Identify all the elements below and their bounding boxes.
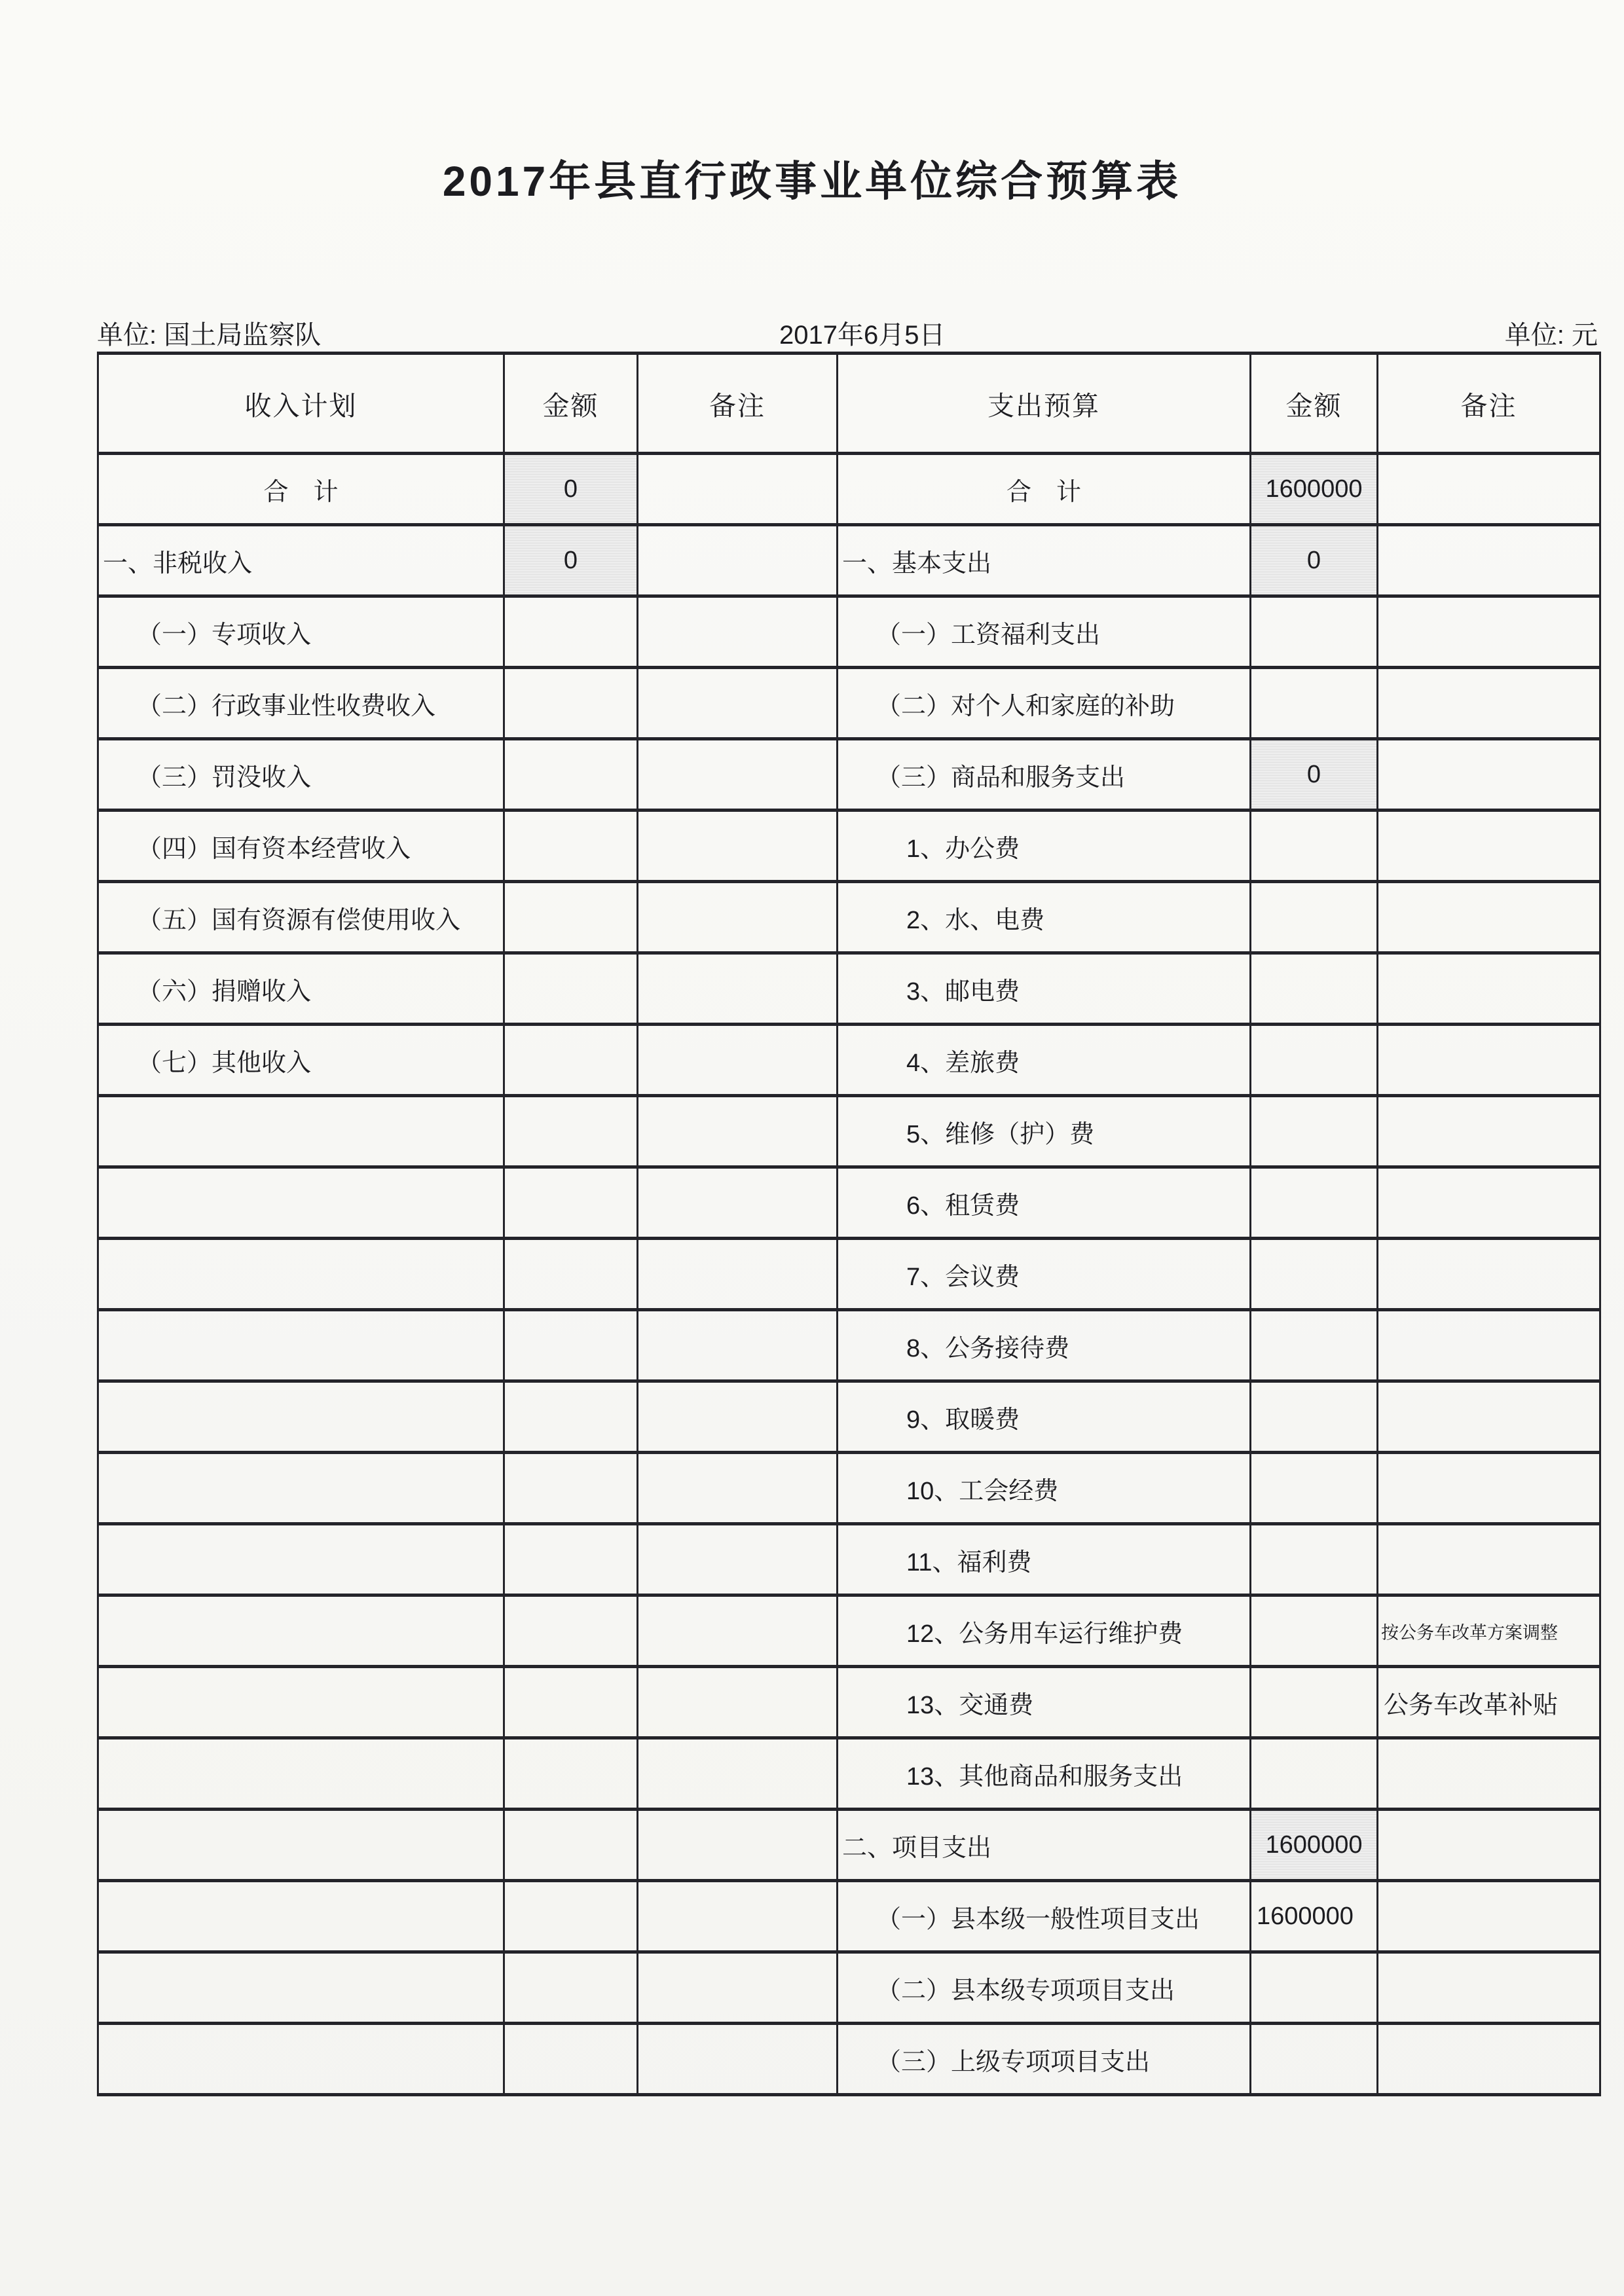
- income-note-cell: [638, 596, 838, 668]
- table-row: 8、公务接待费: [98, 1310, 1600, 1381]
- income-note-cell: [638, 1239, 838, 1310]
- income-amount-cell: [504, 668, 638, 739]
- income-amount-cell: [504, 953, 638, 1025]
- expense-amount-cell: [1251, 1952, 1378, 2024]
- expense-amount-cell: 1600000: [1251, 454, 1378, 525]
- expense-amount-cell: [1251, 1381, 1378, 1453]
- expense-amount-cell: [1251, 596, 1378, 668]
- income-amount-cell: [504, 1025, 638, 1096]
- expense-note-cell: [1378, 525, 1600, 596]
- expense-label-cell: （三）商品和服务支出: [838, 739, 1251, 811]
- expense-note-cell: [1378, 454, 1600, 525]
- income-label-cell: [98, 1667, 504, 1738]
- expense-amount-cell: 1600000: [1251, 1810, 1378, 1881]
- income-amount-cell: [504, 739, 638, 811]
- expense-label-cell: 8、公务接待费: [838, 1310, 1251, 1381]
- table-row: （七）其他收入4、差旅费: [98, 1025, 1600, 1096]
- expense-note-cell: [1378, 1952, 1600, 2024]
- table-row: （三）上级专项项目支出: [98, 2024, 1600, 2095]
- expense-note-cell: [1378, 1310, 1600, 1381]
- expense-note-cell: 按公务车改革方案调整: [1378, 1595, 1600, 1667]
- table-row: 9、取暖费: [98, 1381, 1600, 1453]
- income-note-cell: [638, 1096, 838, 1167]
- expense-label-cell: 13、其他商品和服务支出: [838, 1738, 1251, 1810]
- table-row: 13、交通费公务车改革补贴: [98, 1667, 1600, 1738]
- expense-amount-cell: [1251, 1025, 1378, 1096]
- unit-label: 单位: 国土局监察队: [97, 314, 321, 352]
- expense-amount-cell: 1600000: [1251, 1881, 1378, 1952]
- table-row: （三）罚没收入（三）商品和服务支出0: [98, 739, 1600, 811]
- income-label-cell: （三）罚没收入: [98, 739, 504, 811]
- income-amount-cell: [504, 1167, 638, 1239]
- col-header-income-plan: 收入计划: [98, 354, 504, 454]
- expense-note-cell: [1378, 1167, 1600, 1239]
- table-row: （二）行政事业性收费收入（二）对个人和家庭的补助: [98, 668, 1600, 739]
- income-amount-cell: [504, 1239, 638, 1310]
- expense-label-cell: 一、基本支出: [838, 525, 1251, 596]
- income-label-cell: [98, 2024, 504, 2095]
- income-label-cell: [98, 1810, 504, 1881]
- expense-label-cell: 5、维修（护）费: [838, 1096, 1251, 1167]
- table-row: 7、会议费: [98, 1239, 1600, 1310]
- income-note-cell: [638, 739, 838, 811]
- scanned-page: 2017年县直行政事业单位综合预算表 单位: 国土局监察队 2017年6月5日 …: [0, 0, 1624, 2296]
- income-label-cell: [98, 1738, 504, 1810]
- table-row: 一、非税收入0一、基本支出0: [98, 525, 1600, 596]
- expense-label-cell: 7、会议费: [838, 1239, 1251, 1310]
- expense-label-cell: 合 计: [838, 454, 1251, 525]
- table-row: （五）国有资源有偿使用收入2、水、电费: [98, 882, 1600, 953]
- col-header-expense-budget: 支出预算: [838, 354, 1251, 454]
- income-amount-cell: [504, 1595, 638, 1667]
- income-amount-cell: [504, 1667, 638, 1738]
- expense-amount-cell: [1251, 1595, 1378, 1667]
- income-amount-cell: 0: [504, 454, 638, 525]
- income-note-cell: [638, 811, 838, 882]
- col-header-income-amount: 金额: [504, 354, 638, 454]
- income-amount-cell: [504, 1310, 638, 1381]
- income-note-cell: [638, 1453, 838, 1524]
- income-amount-cell: [504, 882, 638, 953]
- expense-note-cell: [1378, 1881, 1600, 1952]
- income-note-cell: [638, 1952, 838, 2024]
- income-amount-cell: [504, 811, 638, 882]
- income-amount-cell: [504, 1381, 638, 1453]
- income-label-cell: [98, 1595, 504, 1667]
- col-header-income-note: 备注: [638, 354, 838, 454]
- income-label-cell: [98, 1167, 504, 1239]
- expense-amount-cell: [1251, 1239, 1378, 1310]
- income-note-cell: [638, 1667, 838, 1738]
- income-label-cell: [98, 1381, 504, 1453]
- income-note-cell: [638, 1025, 838, 1096]
- expense-note-cell: [1378, 1524, 1600, 1595]
- income-amount-cell: [504, 1524, 638, 1595]
- expense-label-cell: （三）上级专项项目支出: [838, 2024, 1251, 2095]
- income-label-cell: [98, 1952, 504, 2024]
- income-label-cell: [98, 1881, 504, 1952]
- page-title: 2017年县直行政事业单位综合预算表: [0, 148, 1624, 208]
- expense-note-cell: [1378, 1025, 1600, 1096]
- expense-amount-cell: [1251, 811, 1378, 882]
- expense-note-cell: [1378, 1453, 1600, 1524]
- expense-note-cell: [1378, 739, 1600, 811]
- income-amount-cell: [504, 1952, 638, 2024]
- expense-amount-cell: [1251, 2024, 1378, 2095]
- table-row: 10、工会经费: [98, 1453, 1600, 1524]
- income-label-cell: （七）其他收入: [98, 1025, 504, 1096]
- table-row: 5、维修（护）费: [98, 1096, 1600, 1167]
- table-row: 合 计0合 计1600000: [98, 454, 1600, 525]
- income-label-cell: [98, 1096, 504, 1167]
- expense-label-cell: （一）工资福利支出: [838, 596, 1251, 668]
- expense-amount-cell: 0: [1251, 739, 1378, 811]
- income-note-cell: [638, 454, 838, 525]
- income-amount-cell: [504, 1738, 638, 1810]
- expense-amount-cell: [1251, 1453, 1378, 1524]
- expense-amount-cell: [1251, 1096, 1378, 1167]
- expense-note-cell: [1378, 953, 1600, 1025]
- income-note-cell: [638, 1881, 838, 1952]
- income-label-cell: （五）国有资源有偿使用收入: [98, 882, 504, 953]
- date-label: 2017年6月5日: [779, 314, 945, 352]
- expense-label-cell: 12、公务用车运行维护费: [838, 1595, 1251, 1667]
- expense-label-cell: 3、邮电费: [838, 953, 1251, 1025]
- income-label-cell: [98, 1310, 504, 1381]
- table-header-row: 收入计划 金额 备注 支出预算 金额 备注: [98, 354, 1600, 454]
- income-note-cell: [638, 953, 838, 1025]
- income-note-cell: [638, 2024, 838, 2095]
- expense-amount-cell: [1251, 1167, 1378, 1239]
- income-note-cell: [638, 1524, 838, 1595]
- table-row: 12、公务用车运行维护费按公务车改革方案调整: [98, 1595, 1600, 1667]
- table-row: （四）国有资本经营收入1、办公费: [98, 811, 1600, 882]
- expense-label-cell: （二）县本级专项项目支出: [838, 1952, 1251, 2024]
- income-note-cell: [638, 1595, 838, 1667]
- table-row: （六）捐赠收入3、邮电费: [98, 953, 1600, 1025]
- expense-label-cell: （二）对个人和家庭的补助: [838, 668, 1251, 739]
- expense-note-cell: [1378, 1738, 1600, 1810]
- expense-note-cell: [1378, 882, 1600, 953]
- expense-label-cell: 1、办公费: [838, 811, 1251, 882]
- col-header-expense-note: 备注: [1378, 354, 1600, 454]
- expense-amount-cell: [1251, 1667, 1378, 1738]
- expense-note-cell: [1378, 668, 1600, 739]
- income-amount-cell: 0: [504, 525, 638, 596]
- income-note-cell: [638, 525, 838, 596]
- expense-note-cell: [1378, 596, 1600, 668]
- income-note-cell: [638, 1310, 838, 1381]
- expense-amount-cell: 0: [1251, 525, 1378, 596]
- table-row: 13、其他商品和服务支出: [98, 1738, 1600, 1810]
- income-label-cell: [98, 1453, 504, 1524]
- col-header-expense-amount: 金额: [1251, 354, 1378, 454]
- expense-label-cell: （一）县本级一般性项目支出: [838, 1881, 1251, 1952]
- expense-note-cell: [1378, 1096, 1600, 1167]
- meta-row: 单位: 国土局监察队 2017年6月5日 单位: 元: [0, 314, 1624, 347]
- income-amount-cell: [504, 1453, 638, 1524]
- expense-note-cell: [1378, 1381, 1600, 1453]
- expense-note-cell: [1378, 2024, 1600, 2095]
- table-row: （一）专项收入（一）工资福利支出: [98, 596, 1600, 668]
- expense-label-cell: 9、取暖费: [838, 1381, 1251, 1453]
- expense-note-cell: [1378, 1810, 1600, 1881]
- expense-amount-cell: [1251, 882, 1378, 953]
- expense-amount-cell: [1251, 1310, 1378, 1381]
- income-note-cell: [638, 882, 838, 953]
- income-note-cell: [638, 1381, 838, 1453]
- table-row: （一）县本级一般性项目支出1600000: [98, 1881, 1600, 1952]
- expense-label-cell: 4、差旅费: [838, 1025, 1251, 1096]
- expense-label-cell: 10、工会经费: [838, 1453, 1251, 1524]
- income-label-cell: [98, 1239, 504, 1310]
- income-label-cell: 合 计: [98, 454, 504, 525]
- income-note-cell: [638, 1810, 838, 1881]
- income-note-cell: [638, 1167, 838, 1239]
- table-row: 二、项目支出1600000: [98, 1810, 1600, 1881]
- income-amount-cell: [504, 596, 638, 668]
- expense-amount-cell: [1251, 668, 1378, 739]
- expense-label-cell: 11、福利费: [838, 1524, 1251, 1595]
- income-label-cell: 一、非税收入: [98, 525, 504, 596]
- income-amount-cell: [504, 2024, 638, 2095]
- income-label-cell: [98, 1524, 504, 1595]
- budget-table-body: 合 计0合 计1600000一、非税收入0一、基本支出0（一）专项收入（一）工资…: [98, 454, 1600, 2095]
- expense-label-cell: 二、项目支出: [838, 1810, 1251, 1881]
- income-amount-cell: [504, 1096, 638, 1167]
- income-label-cell: （二）行政事业性收费收入: [98, 668, 504, 739]
- income-amount-cell: [504, 1881, 638, 1952]
- expense-note-cell: [1378, 1239, 1600, 1310]
- income-label-cell: （一）专项收入: [98, 596, 504, 668]
- expense-label-cell: 6、租赁费: [838, 1167, 1251, 1239]
- currency-label: 单位: 元: [1505, 314, 1598, 352]
- expense-note-cell: 公务车改革补贴: [1378, 1667, 1600, 1738]
- income-label-cell: （六）捐赠收入: [98, 953, 504, 1025]
- table-row: 11、福利费: [98, 1524, 1600, 1595]
- income-amount-cell: [504, 1810, 638, 1881]
- table-row: （二）县本级专项项目支出: [98, 1952, 1600, 2024]
- income-note-cell: [638, 668, 838, 739]
- budget-table: 收入计划 金额 备注 支出预算 金额 备注 合 计0合 计1600000一、非税…: [97, 352, 1601, 2096]
- expense-amount-cell: [1251, 1524, 1378, 1595]
- expense-note-cell: [1378, 811, 1600, 882]
- income-label-cell: （四）国有资本经营收入: [98, 811, 504, 882]
- expense-label-cell: 13、交通费: [838, 1667, 1251, 1738]
- table-row: 6、租赁费: [98, 1167, 1600, 1239]
- expense-amount-cell: [1251, 1738, 1378, 1810]
- expense-label-cell: 2、水、电费: [838, 882, 1251, 953]
- income-note-cell: [638, 1738, 838, 1810]
- expense-amount-cell: [1251, 953, 1378, 1025]
